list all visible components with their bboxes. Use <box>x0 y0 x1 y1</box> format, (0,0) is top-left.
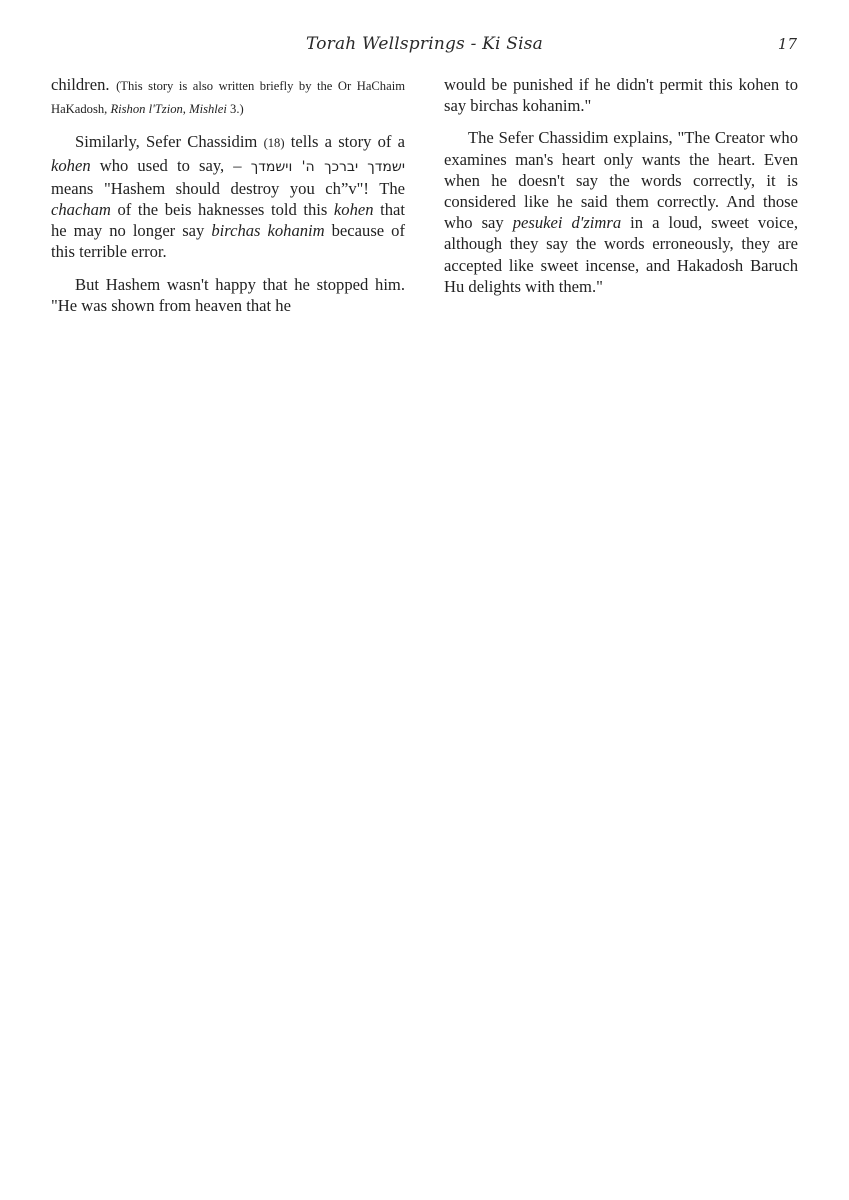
note-italic-mishlei: Mishlei <box>189 102 227 116</box>
note-end: 3.) <box>227 102 244 116</box>
note-italic-rishon: Rishon l'Tzion <box>110 102 182 116</box>
text <box>358 156 367 175</box>
left-column: children. (This story is also written br… <box>51 74 405 327</box>
right-column: would be punished if he didn't permit th… <box>444 74 798 308</box>
text: tells a story of a <box>285 132 405 151</box>
paragraph-punished: would be punished if he didn't permit th… <box>444 74 798 116</box>
running-header: Torah Wellsprings - Ki Sisa 17 <box>0 30 849 60</box>
text: of the beis haknesses told this <box>111 200 334 219</box>
reference-number: (18) <box>264 136 285 150</box>
hebrew-word: ישמדך <box>367 159 405 175</box>
italic-chacham: chacham <box>51 200 111 219</box>
italic-pesukei-dzimra: pesukei d'zimra <box>513 213 621 232</box>
book-title: Torah Wellsprings - Ki Sisa <box>0 34 849 54</box>
page-number: 17 <box>778 35 797 53</box>
italic-kohen: kohen <box>51 156 91 175</box>
paragraph-explanation: The Sefer Chassidim explains, "The Creat… <box>444 127 798 297</box>
italic-birchas-kohanim: birchas kohanim <box>211 221 324 240</box>
text: Similarly, Sefer Chassidim <box>75 132 264 151</box>
paragraph-sefer-chassidim-story: Similarly, Sefer Chassidim (18) tells a … <box>51 131 405 262</box>
hebrew-phrase: יברכך ה' וישמדך <box>251 159 358 175</box>
italic-kohen: kohen <box>334 200 374 219</box>
paragraph-children: children. (This story is also written br… <box>51 74 405 120</box>
paragraph-hashem-not-happy: But Hashem wasn't happy that he stopped … <box>51 274 405 316</box>
text: who used to say, – <box>91 156 251 175</box>
text: means "Hashem should destroy you ch”v"! … <box>51 179 405 198</box>
lead-word: children. <box>51 75 110 94</box>
